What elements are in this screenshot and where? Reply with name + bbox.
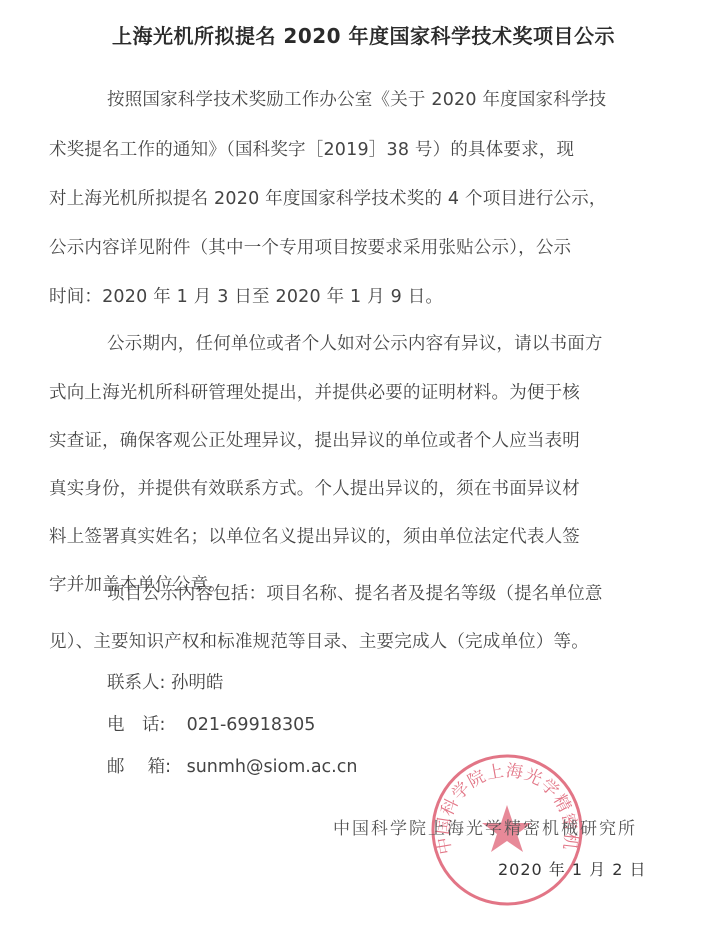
text-line: 时间：2020 年 1 月 3 日至 2020 年 1 月 9 日。 [49,283,443,308]
text-line: 项目公示内容包括：项目名称、提名者及提名等级（提名单位意 [107,580,603,605]
contact-phone-value: 021-69918305 [187,715,316,735]
text-line: 实查证，确保客观公正处理异议，提出异议的单位或者个人应当表明 [49,427,580,452]
text-line: 术奖提名工作的通知》（国科奖字［2019］38 号）的具体要求，现 [49,136,574,161]
page-title: 上海光机所拟提名 2020 年度国家科学技术奖项目公示 [0,20,727,49]
contact-phone: 电 话: 021-69918305 [107,711,315,736]
issue-date: 2020 年 1 月 2 日 [498,857,647,880]
issuing-organization: 中国科学院上海光学精密机械研究所 [333,814,637,839]
contact-person-value: 孙明皓 [171,673,224,693]
text-line: 对上海光机所拟提名 2020 年度国家科学技术奖的 4 个项目进行公示， [49,185,607,210]
text-line: 真实身份，并提供有效联系方式。个人提出异议的，须在书面异议材 [49,475,580,500]
text-line: 式向上海光机所科研管理处提出，并提供必要的证明材料。为便于核 [49,379,580,404]
contact-person: 联系人: 孙明皓 [107,669,223,694]
contact-email-value: sunmh@siom.ac.cn [187,757,358,777]
contact-email: 邮 箱: sunmh@siom.ac.cn [107,753,357,778]
text-line: 料上签署真实姓名；以单位名义提出异议的，须由单位法定代表人签 [49,523,580,548]
contact-phone-label: 电 话: [107,711,181,736]
text-line: 公示内容详见附件（其中一个专用项目按要求采用张贴公示），公示 [49,234,571,259]
text-line: 公示期内，任何单位或者个人如对公示内容有异议，请以书面方 [107,330,603,355]
contact-email-label: 邮 箱: [107,753,181,778]
text-line: 见）、主要知识产权和标准规范等目录、主要完成人（完成单位）等。 [49,628,589,653]
text-line: 按照国家科学技术奖励工作办公室《关于 2020 年度国家科学技 [107,86,606,111]
contact-person-label: 联系人: [107,673,165,693]
